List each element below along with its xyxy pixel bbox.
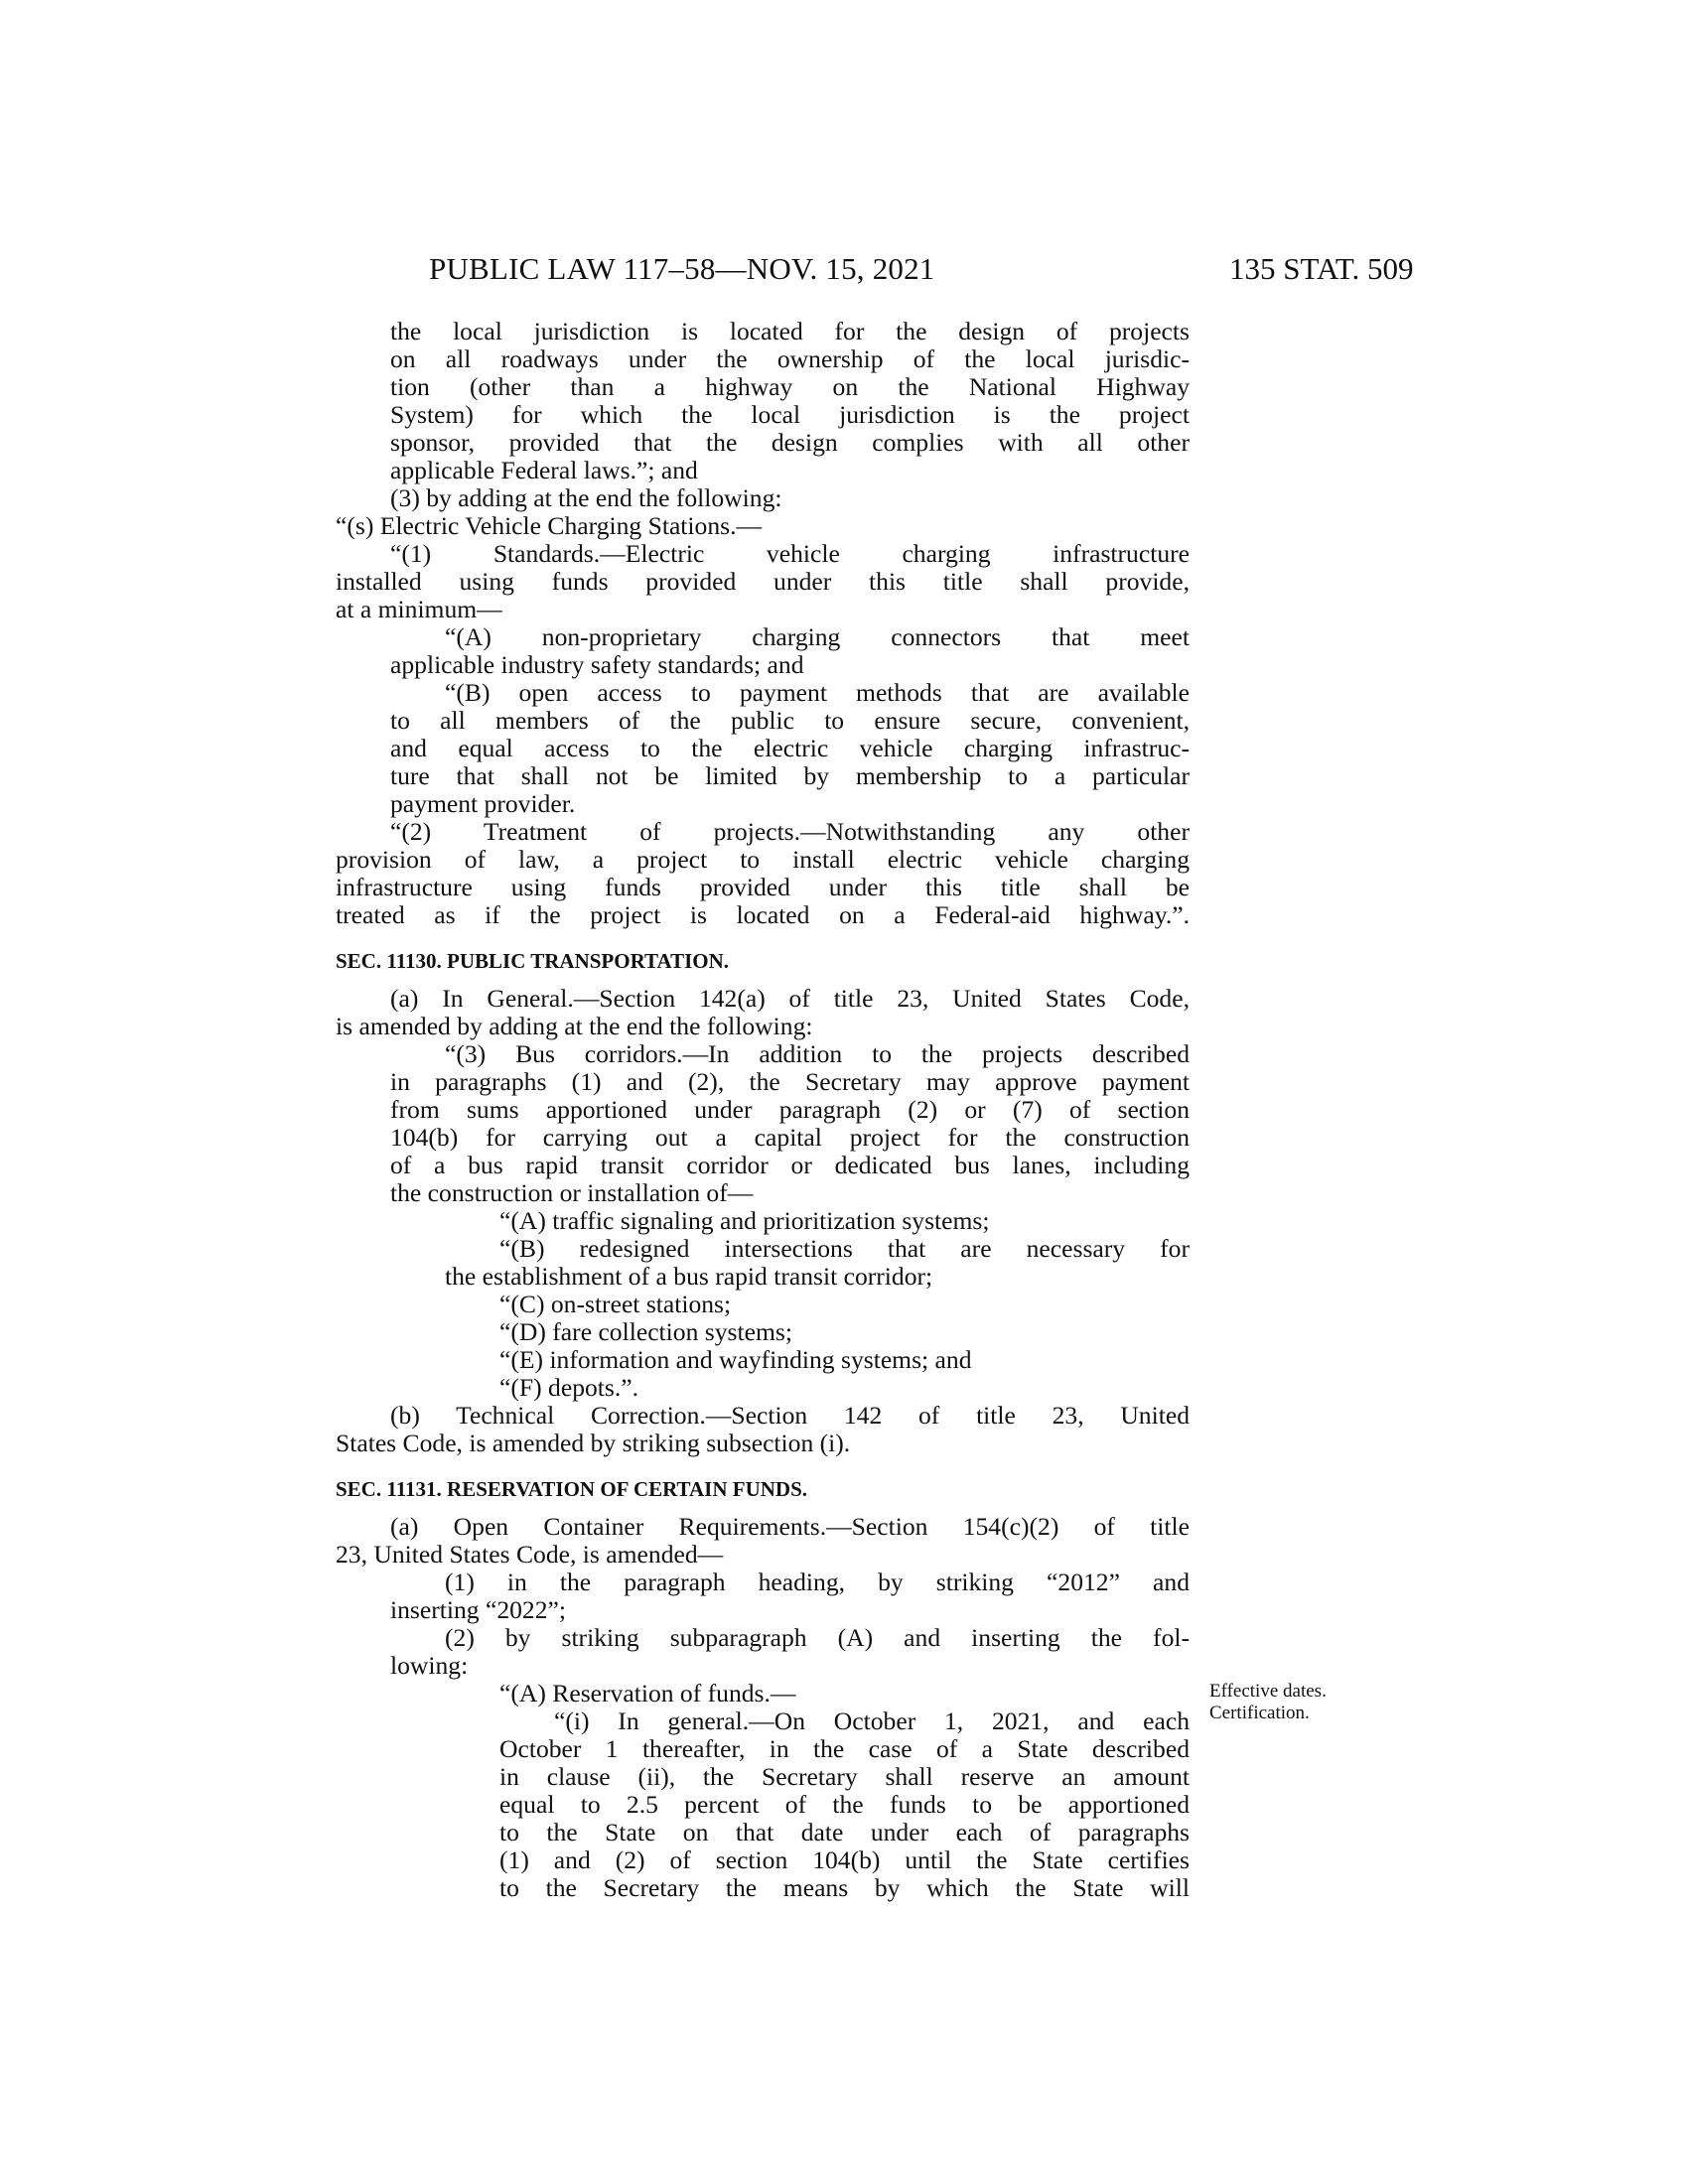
text-line: to all members of the public to ensure s… (336, 707, 1190, 735)
text-line: the construction or installation of— (336, 1179, 1190, 1207)
text-line: 104(b) for carrying out a capital projec… (336, 1124, 1190, 1152)
text-line: “(B) open access to payment methods that… (336, 679, 1190, 707)
margin-note-effective-dates: Effective dates. (1209, 1681, 1327, 1703)
text-line: (1) in the paragraph heading, by strikin… (336, 1569, 1190, 1596)
text-line: “(C) on-street stations; (336, 1291, 1190, 1318)
text-line: “(F) depots.”. (336, 1374, 1190, 1402)
text-line: ture that shall not be limited by member… (336, 762, 1190, 790)
text-line: October 1 thereafter, in the case of a S… (336, 1735, 1190, 1763)
text-line: is amended by adding at the end the foll… (336, 1013, 1190, 1040)
text-line: “(i) In general.—On October 1, 2021, and… (336, 1707, 1190, 1735)
text-line: (1) and (2) of section 104(b) until the … (336, 1846, 1190, 1874)
text-line: in paragraphs (1) and (2), the Secretary… (336, 1068, 1190, 1096)
text-line: provision of law, a project to install e… (336, 846, 1190, 874)
text-line: treated as if the project is located on … (336, 901, 1190, 929)
law-title: PUBLIC LAW 117–58—NOV. 15, 2021 (429, 251, 935, 287)
text-line: (2) by striking subparagraph (A) and ins… (336, 1624, 1190, 1652)
text-line: “(A) Reservation of funds.— (336, 1680, 1190, 1707)
text-line: at a minimum— (336, 596, 1190, 623)
text-line: 23, United States Code, is amended— (336, 1541, 1190, 1569)
text-line: and equal access to the electric vehicle… (336, 735, 1190, 762)
text-line: “(B) redesigned intersections that are n… (336, 1235, 1190, 1263)
text-line: from sums apportioned under paragraph (2… (336, 1096, 1190, 1124)
text-line: equal to 2.5 percent of the funds to be … (336, 1791, 1190, 1819)
text-line: applicable Federal laws.”; and (336, 457, 1190, 484)
text-line: lowing: (336, 1652, 1190, 1680)
text-line: “(s) Electric Vehicle Charging Stations.… (336, 512, 1190, 540)
text-line: on all roadways under the ownership of t… (336, 345, 1190, 373)
text-line: to the State on that date under each of … (336, 1819, 1190, 1846)
text-line: (3) by adding at the end the following: (336, 484, 1190, 512)
text-line: (a) In General.—Section 142(a) of title … (336, 985, 1190, 1013)
text-line: of a bus rapid transit corridor or dedic… (336, 1152, 1190, 1179)
text-line: “(3) Bus corridors.—In addition to the p… (336, 1040, 1190, 1068)
text-line: “(A) traffic signaling and prioritizatio… (336, 1207, 1190, 1235)
page-header: PUBLIC LAW 117–58—NOV. 15, 2021 135 STAT… (0, 251, 1688, 291)
document-body: the local jurisdiction is located for th… (336, 318, 1190, 1902)
section-heading: SEC. 11131. RESERVATION OF CERTAIN FUNDS… (336, 1475, 1190, 1503)
text-line: installed using funds provided under thi… (336, 568, 1190, 596)
text-line: tion (other than a highway on the Nation… (336, 373, 1190, 401)
text-line: payment provider. (336, 790, 1190, 818)
text-line: inserting “2022”; (336, 1596, 1190, 1624)
section-heading: SEC. 11130. PUBLIC TRANSPORTATION. (336, 947, 1190, 975)
text-line: System) for which the local jurisdiction… (336, 401, 1190, 429)
text-line: infrastructure using funds provided unde… (336, 874, 1190, 901)
page-number: 135 STAT. 509 (1229, 251, 1414, 287)
text-line: applicable industry safety standards; an… (336, 651, 1190, 679)
text-line: “(A) non-proprietary charging connectors… (336, 623, 1190, 651)
text-line: States Code, is amended by striking subs… (336, 1430, 1190, 1457)
text-line: in clause (ii), the Secretary shall rese… (336, 1763, 1190, 1791)
text-line: the establishment of a bus rapid transit… (336, 1263, 1190, 1291)
text-line: the local jurisdiction is located for th… (336, 318, 1190, 345)
text-line: “(1) Standards.—Electric vehicle chargin… (336, 540, 1190, 568)
text-line: (b) Technical Correction.—Section 142 of… (336, 1402, 1190, 1430)
text-line: “(D) fare collection systems; (336, 1318, 1190, 1346)
text-line: “(E) information and wayfinding systems;… (336, 1346, 1190, 1374)
text-line: to the Secretary the means by which the … (336, 1874, 1190, 1902)
text-line: sponsor, provided that the design compli… (336, 429, 1190, 457)
text-line: “(2) Treatment of projects.—Notwithstand… (336, 818, 1190, 846)
margin-note-certification: Certification. (1209, 1703, 1310, 1724)
text-line: (a) Open Container Requirements.—Section… (336, 1513, 1190, 1541)
